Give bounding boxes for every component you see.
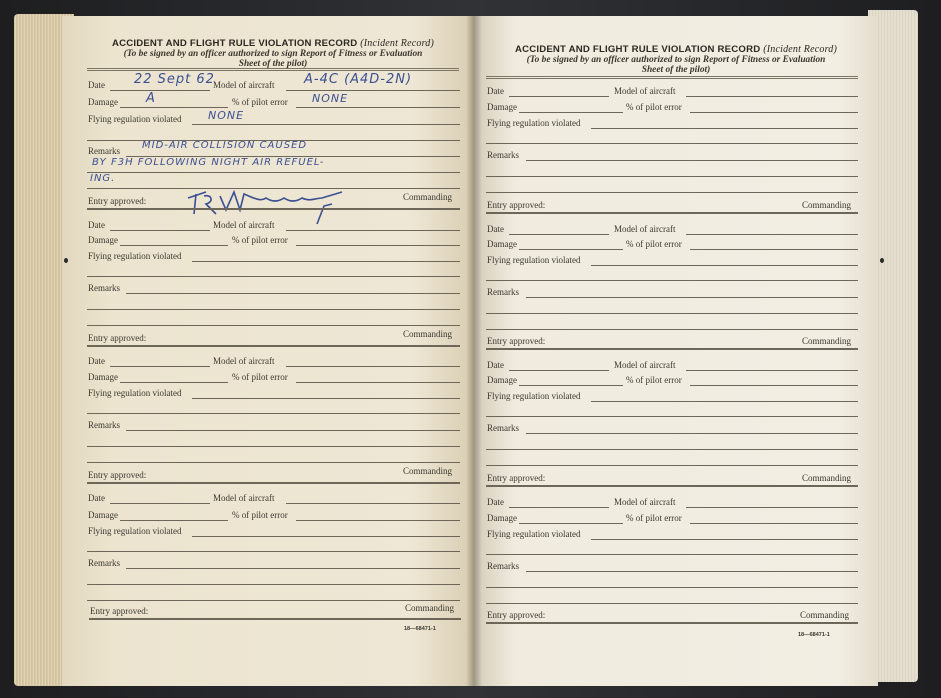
form-title: ACCIDENT AND FLIGHT RULE VIOLATION RECOR… — [484, 44, 868, 55]
blank-line — [486, 280, 858, 281]
entry-divider — [87, 208, 460, 210]
remarks-line — [126, 568, 460, 569]
remarks-line — [486, 192, 858, 193]
damage-line — [519, 112, 623, 113]
pilot-error-line — [296, 382, 460, 383]
regulation-label: Flying regulation violated — [88, 251, 182, 261]
entry-divider — [486, 485, 858, 487]
regulation-label: Flying regulation violated — [487, 255, 581, 265]
damage-label: Damage — [88, 510, 118, 520]
damage-line — [120, 520, 228, 521]
date-line — [110, 230, 210, 231]
remarks-label: Remarks — [487, 561, 519, 571]
pilot-error-label: % of pilot error — [232, 372, 288, 382]
regulation-line — [192, 124, 460, 125]
date-label: Date — [487, 360, 504, 370]
regulation-label: Flying regulation violated — [88, 526, 182, 536]
blank-line — [486, 143, 858, 144]
approved-label: Entry approved: — [90, 606, 148, 616]
pilot-error-label: % of pilot error — [626, 239, 682, 249]
remarks-label: Remarks — [487, 150, 519, 160]
date-value[interactable]: 22 Sept 62 — [134, 72, 215, 87]
regulation-line — [192, 261, 460, 262]
pilot-error-label: % of pilot error — [626, 102, 682, 112]
pilot-error-label: % of pilot error — [626, 375, 682, 385]
model-line — [286, 230, 460, 231]
damage-label: Damage — [88, 97, 118, 107]
model-label: Model of aircraft — [614, 224, 675, 234]
blank-line — [486, 416, 858, 417]
commanding-label: Commanding — [405, 603, 454, 613]
approved-label: Entry approved: — [487, 200, 545, 210]
pilot-error-line — [296, 245, 460, 246]
commanding-label: Commanding — [800, 610, 849, 620]
remarks-line-2[interactable]: BY F3H FOLLOWING NIGHT AIR REFUEL- — [92, 157, 324, 168]
date-line — [110, 503, 210, 504]
regulation-line — [192, 536, 460, 537]
pilot-error-label: % of pilot error — [626, 513, 682, 523]
regulation-label: Flying regulation violated — [487, 118, 581, 128]
regulation-line — [591, 128, 858, 129]
date-label: Date — [487, 86, 504, 96]
binding-hole — [880, 258, 884, 263]
blank-line — [87, 413, 460, 414]
date-line — [509, 370, 609, 371]
remarks-line — [126, 430, 460, 431]
approved-label: Entry approved: — [88, 470, 146, 480]
damage-value[interactable]: A — [146, 91, 156, 106]
remarks-line — [486, 587, 858, 588]
approved-label: Entry approved: — [487, 610, 545, 620]
model-label: Model of aircraft — [213, 356, 274, 366]
pilot-error-value[interactable]: NONE — [312, 92, 348, 105]
blank-line — [486, 554, 858, 555]
regulation-label: Flying regulation violated — [88, 114, 182, 124]
left-page: ACCIDENT AND FLIGHT RULE VIOLATION RECOR… — [62, 16, 474, 686]
model-line — [686, 96, 858, 97]
remarks-line — [126, 293, 460, 294]
damage-line — [120, 382, 228, 383]
remarks-line — [486, 313, 858, 314]
left-page-header: ACCIDENT AND FLIGHT RULE VIOLATION RECOR… — [80, 38, 466, 69]
model-line — [286, 503, 460, 504]
remarks-line — [486, 603, 858, 604]
commanding-label: Commanding — [802, 473, 851, 483]
date-line — [509, 96, 609, 97]
commanding-label: Commanding — [802, 200, 851, 210]
regulation-line — [591, 539, 858, 540]
entry-divider — [486, 622, 858, 624]
remarks-line — [526, 571, 858, 572]
remarks-label: Remarks — [88, 420, 120, 430]
commanding-label: Commanding — [403, 466, 452, 476]
model-label: Model of aircraft — [213, 493, 274, 503]
date-label: Date — [88, 356, 105, 366]
entry-divider — [87, 482, 460, 484]
remarks-label: Remarks — [88, 558, 120, 568]
model-value[interactable]: A-4C (A4D-2N) — [304, 72, 412, 87]
model-label: Model of aircraft — [614, 360, 675, 370]
pilot-error-line — [690, 112, 858, 113]
model-label: Model of aircraft — [614, 86, 675, 96]
form-number: 18—68471-1 — [798, 632, 830, 638]
model-line — [286, 90, 460, 91]
approved-label: Entry approved: — [487, 336, 545, 346]
blank-line — [87, 551, 460, 552]
entry-divider — [486, 348, 858, 350]
header-divider — [486, 76, 858, 79]
date-line — [110, 366, 210, 367]
remarks-line — [87, 600, 460, 601]
model-label: Model of aircraft — [614, 497, 675, 507]
remarks-line-3[interactable]: ING. — [90, 173, 115, 184]
approved-label: Entry approved: — [487, 473, 545, 483]
damage-line — [519, 385, 623, 386]
model-label: Model of aircraft — [213, 220, 274, 230]
remarks-line — [87, 172, 460, 173]
model-line — [286, 366, 460, 367]
remarks-line — [87, 446, 460, 447]
pilot-error-label: % of pilot error — [232, 235, 288, 245]
form-number: 18—68471-1 — [404, 626, 436, 632]
damage-line — [519, 249, 623, 250]
pilot-error-label: % of pilot error — [232, 97, 288, 107]
remarks-label: Remarks — [487, 287, 519, 297]
remarks-line — [486, 176, 858, 177]
pilot-error-line — [690, 249, 858, 250]
damage-label: Damage — [487, 375, 517, 385]
entry-divider — [89, 618, 461, 620]
remarks-line-1[interactable]: MID-AIR COLLISION CAUSED — [142, 140, 307, 151]
damage-label: Damage — [88, 235, 118, 245]
regulation-label: Flying regulation violated — [487, 529, 581, 539]
date-label: Date — [487, 497, 504, 507]
remarks-line — [87, 309, 460, 310]
regulation-value[interactable]: NONE — [208, 109, 244, 122]
date-label: Date — [88, 80, 105, 90]
regulation-line — [192, 398, 460, 399]
remarks-line — [526, 160, 858, 161]
regulation-label: Flying regulation violated — [487, 391, 581, 401]
model-line — [686, 370, 858, 371]
pilot-error-line — [296, 520, 460, 521]
damage-line — [120, 107, 228, 108]
date-label: Date — [88, 220, 105, 230]
remarks-line — [526, 433, 858, 434]
entry-divider — [87, 345, 460, 347]
model-line — [686, 507, 858, 508]
damage-label: Damage — [487, 239, 517, 249]
pilot-error-line — [690, 385, 858, 386]
pilot-error-line — [296, 107, 460, 108]
commanding-label: Commanding — [403, 192, 452, 202]
damage-label: Damage — [487, 102, 517, 112]
form-title: ACCIDENT AND FLIGHT RULE VIOLATION RECOR… — [80, 38, 466, 49]
remarks-label: Remarks — [88, 283, 120, 293]
model-line — [686, 234, 858, 235]
date-label: Date — [88, 493, 105, 503]
blank-line — [87, 276, 460, 277]
date-line — [110, 90, 210, 91]
regulation-line — [591, 265, 858, 266]
remarks-line — [87, 584, 460, 585]
damage-label: Damage — [487, 513, 517, 523]
date-label: Date — [487, 224, 504, 234]
damage-line — [120, 245, 228, 246]
approved-label: Entry approved: — [88, 196, 146, 206]
commanding-label: Commanding — [403, 329, 452, 339]
form-subtitle: (To be signed by an officer authorized t… — [484, 55, 868, 75]
date-line — [509, 234, 609, 235]
remarks-line — [526, 297, 858, 298]
header-divider — [87, 68, 459, 71]
book-gutter — [466, 16, 482, 686]
binding-hole — [64, 258, 68, 263]
right-page-header: ACCIDENT AND FLIGHT RULE VIOLATION RECOR… — [484, 44, 868, 75]
damage-line — [519, 523, 623, 524]
date-line — [509, 507, 609, 508]
damage-label: Damage — [88, 372, 118, 382]
approved-label: Entry approved: — [88, 333, 146, 343]
remarks-label: Remarks — [88, 146, 120, 156]
entry-divider — [486, 212, 858, 214]
remarks-line — [486, 465, 858, 466]
model-label: Model of aircraft — [213, 80, 274, 90]
remarks-line — [486, 329, 858, 330]
remarks-label: Remarks — [487, 423, 519, 433]
pilot-error-label: % of pilot error — [232, 510, 288, 520]
remarks-line — [87, 325, 460, 326]
right-page: ACCIDENT AND FLIGHT RULE VIOLATION RECOR… — [474, 16, 878, 686]
regulation-label: Flying regulation violated — [88, 388, 182, 398]
regulation-line — [591, 401, 858, 402]
commanding-label: Commanding — [802, 336, 851, 346]
form-subtitle: (To be signed by an officer authorized t… — [80, 49, 466, 69]
remarks-line — [486, 449, 858, 450]
remarks-line — [87, 462, 460, 463]
pilot-error-line — [690, 523, 858, 524]
